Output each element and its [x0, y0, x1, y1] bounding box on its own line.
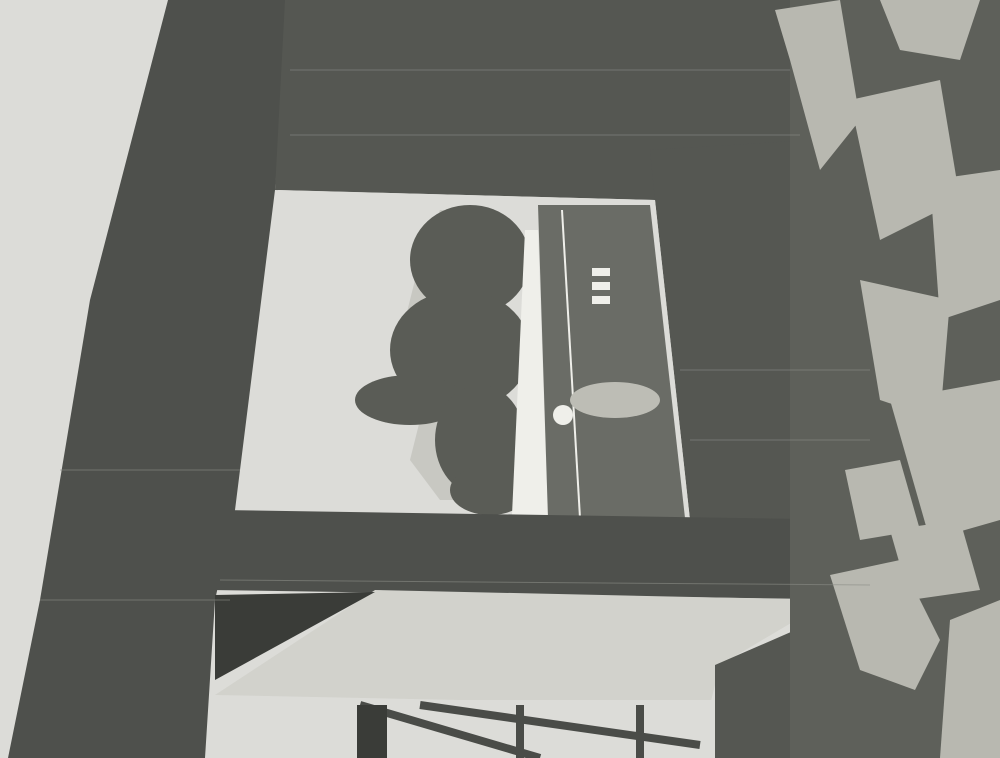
- facade-windows: [592, 268, 610, 304]
- dark-post: [357, 705, 387, 758]
- concrete-beam-middle: [210, 510, 880, 600]
- rock-rubble: [775, 0, 1000, 758]
- photograph: [0, 0, 1000, 758]
